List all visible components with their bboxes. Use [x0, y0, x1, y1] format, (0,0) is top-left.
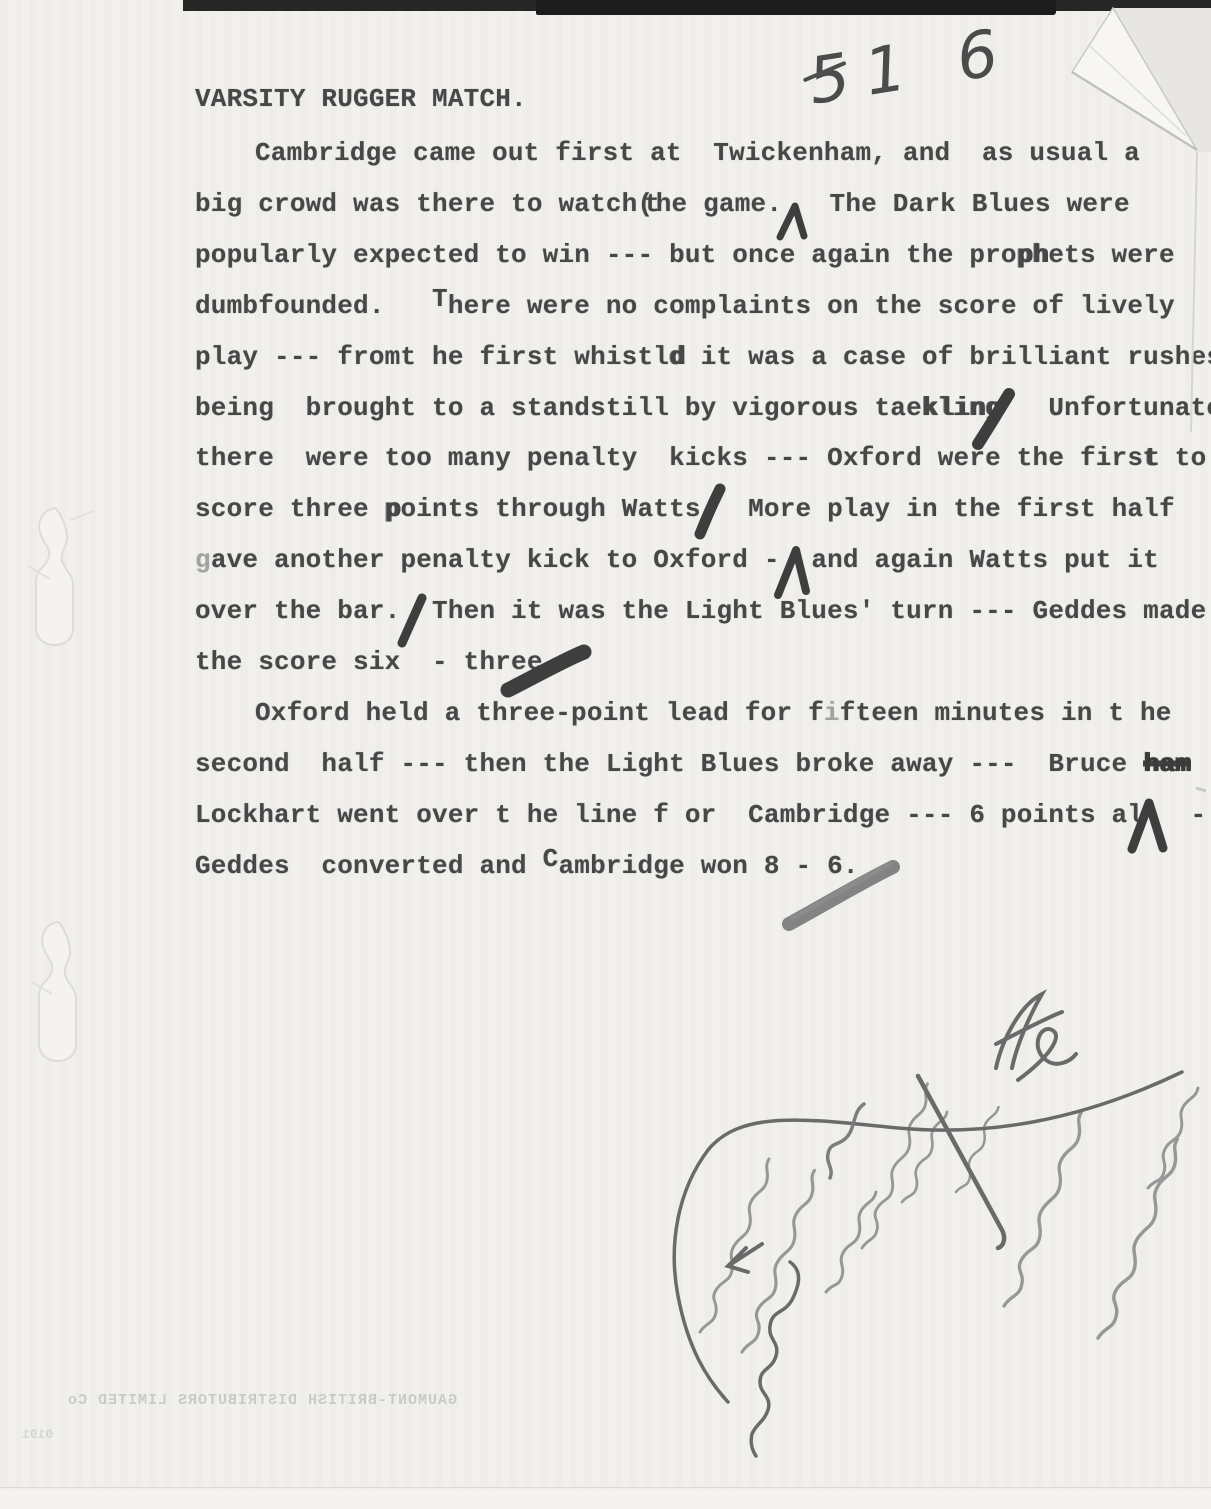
- line-segment: ph: [1017, 240, 1049, 270]
- typewritten-line: score three points through Watts More pl…: [195, 496, 1175, 523]
- line-segment: dumbfounded.: [195, 291, 432, 321]
- line-segment: (t: [637, 189, 650, 219]
- typewritten-line: dumbfounded. There were no complaints on…: [195, 293, 1175, 320]
- typewritten-line: big crowd was there to watch(the game. T…: [195, 191, 1130, 218]
- line-segment: and again Watts put it: [780, 545, 1159, 575]
- line-segment: Lockhart went over t he line f or Cambri…: [195, 800, 1206, 830]
- line-segment: it was a case of brilliant rushes: [685, 342, 1211, 372]
- line-segment: T: [432, 286, 448, 313]
- paper-crease-upper: [28, 508, 94, 645]
- bottom-scan-strip: [0, 1490, 1211, 1509]
- line-segment: big crowd was there to watch: [195, 189, 637, 219]
- typewritten-line: play --- fromt he first whistld it was a…: [195, 344, 1211, 371]
- line-segment: ambridge won 8 - 6.: [558, 851, 858, 881]
- typewritten-line: Geddes converted and Cambridge won 8 - 6…: [195, 853, 859, 880]
- line-segment: being brought to a standstill by vigorou…: [195, 393, 922, 423]
- typewritten-line: there were too many penalty kicks --- Ox…: [195, 445, 1206, 472]
- line-segment: the score six - three: [195, 647, 543, 677]
- line-segment: The Dark Blues were: [782, 189, 1130, 219]
- line-segment: over the bar.: [195, 596, 400, 626]
- edge-mark: [1196, 788, 1206, 791]
- line-segment: Unfortunatel: [1001, 393, 1211, 423]
- line-segment: t: [1143, 443, 1159, 473]
- fold-highlight: [1090, 46, 1186, 136]
- line-segment: Cambridge came out first at Twickenham, …: [255, 138, 1140, 168]
- line-segment: Oxford held a three-point lead for f: [255, 698, 824, 728]
- pencil-scrawl-cluster: [700, 1084, 1198, 1352]
- line-segment: fteen minutes in t he: [840, 698, 1172, 728]
- pen-scrawl-dark: [674, 994, 1182, 1456]
- scan-top-bar-thick: [536, 0, 1056, 15]
- line-segment: score three: [195, 494, 385, 524]
- line-segment: here were no complaints on the score of …: [448, 291, 1175, 321]
- line-segment: ets were: [1048, 240, 1174, 270]
- line-segment: to: [1159, 443, 1206, 473]
- line-segment: p: [385, 494, 401, 524]
- document-title: VARSITY RUGGER MATCH.: [195, 86, 527, 113]
- bleedthrough-small-mark: 0191: [22, 1428, 53, 1441]
- line-segment: play --- fromt he first whistl: [195, 342, 669, 372]
- typewritten-line: popularly expected to win --- but once a…: [195, 242, 1175, 269]
- line-segment: popularly expected to win --- but once a…: [195, 240, 1017, 270]
- typewritten-line: gave another penalty kick to Oxford - an…: [195, 547, 1159, 574]
- handwritten-page-number: 51 6: [803, 14, 1019, 119]
- line-segment: kling: [922, 393, 1001, 423]
- typewritten-line: Lockhart went over t he line f or Cambri…: [195, 802, 1206, 829]
- typewritten-line: Oxford held a three-point lead for fifte…: [255, 700, 1172, 727]
- line-segment: there were too many penalty kicks --- Ox…: [195, 443, 1143, 473]
- typewritten-line: the score six - three: [195, 649, 543, 676]
- bleedthrough-text: GAUMONT-BRITISH DISTRIBUTORS LIMITED Co: [85, 1393, 457, 1408]
- scanned-document-page: 51 6 VARSITY RUGGER MATCH. Cambridge cam…: [0, 0, 1211, 1509]
- line-segment: i: [824, 698, 840, 728]
- line-segment: ham: [1143, 749, 1190, 779]
- line-segment: ave another penalty kick to Oxford -: [211, 545, 780, 575]
- folded-corner: [1072, 8, 1197, 150]
- typewritten-line: Cambridge came out first at Twickenham, …: [255, 140, 1140, 167]
- line-segment: second half --- then the Light Blues bro…: [195, 749, 1143, 779]
- corner-gap: [1113, 8, 1211, 152]
- line-segment: C: [543, 846, 559, 873]
- paper-crease-lower: [32, 922, 76, 1061]
- bottom-scan-line: [0, 1487, 1211, 1488]
- line-segment: More play in the first half: [701, 494, 1175, 524]
- typewritten-line: being brought to a standstill by vigorou…: [195, 395, 1211, 422]
- line-segment: he game.: [656, 189, 782, 219]
- line-segment: Then it was the Light Blues' turn --- Ge…: [400, 596, 1206, 626]
- line-segment: d: [669, 342, 685, 372]
- typewritten-line: over the bar. Then it was the Light Blue…: [195, 598, 1206, 625]
- line-segment: oints through Watts: [400, 494, 700, 524]
- typewritten-line: second half --- then the Light Blues bro…: [195, 751, 1191, 778]
- line-segment: Geddes converted and: [195, 851, 543, 881]
- line-segment: g: [195, 545, 211, 575]
- page-edge-line: [1191, 152, 1197, 432]
